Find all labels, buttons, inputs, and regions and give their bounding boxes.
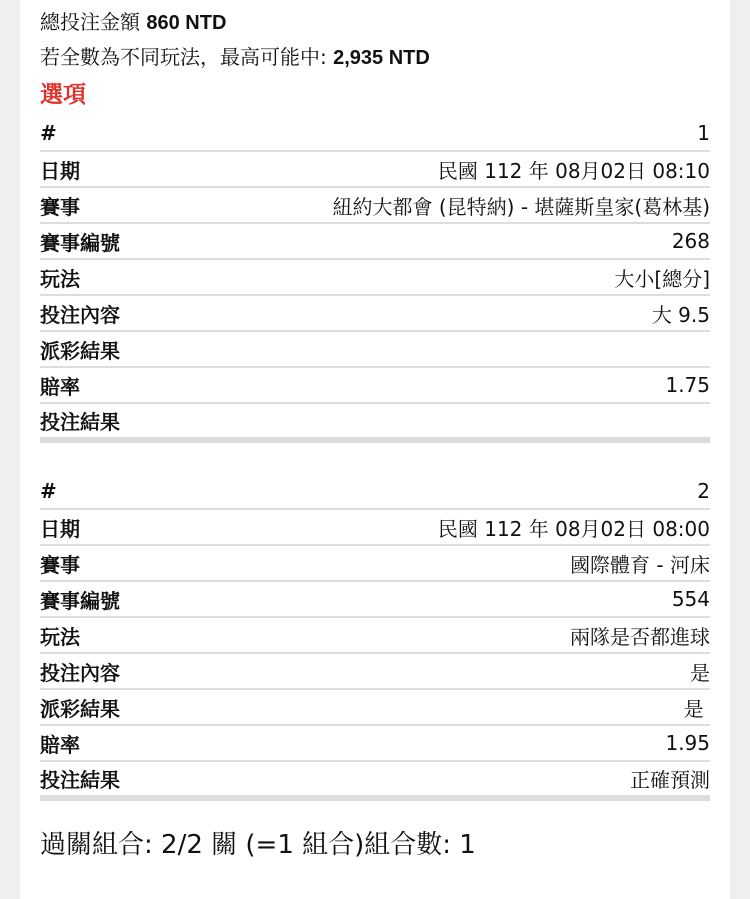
row-label: 投注內容 <box>40 299 120 328</box>
row-value: 大小[總分] <box>614 263 710 292</box>
row-label: 賽事編號 <box>40 227 120 256</box>
row-payout-result: 派彩結果 <box>40 332 710 368</box>
row-value: 民國 112 年 08月02日 08:00 <box>438 513 710 542</box>
row-label: 賠率 <box>40 729 80 758</box>
row-date: 日期 民國 112 年 08月02日 08:10 <box>40 152 710 188</box>
row-index: # 2 <box>40 474 710 510</box>
total-stake-label: 總投注金額 <box>40 10 140 34</box>
row-label: # <box>40 479 57 503</box>
row-label: 日期 <box>40 513 80 542</box>
row-value: 國際體育 - 河床 <box>570 549 710 578</box>
section-title-options: 選項 <box>40 78 710 112</box>
max-payout-label: 若全數為不同玩法，最高可能中: <box>40 45 327 69</box>
row-value: 是 <box>684 693 710 722</box>
row-label: 派彩結果 <box>40 693 120 722</box>
total-stake-line: 總投注金額 860 NTD <box>40 5 710 40</box>
row-label: 投注結果 <box>40 764 120 793</box>
row-label: 投注內容 <box>40 657 120 686</box>
parlay-combination-summary: 過關組合: 2/2 關 (=1 組合)組合數: 1 <box>40 824 710 861</box>
row-label: # <box>40 121 57 145</box>
row-value: 268 <box>672 229 710 253</box>
row-event: 賽事 紐約大都會 (昆特納) - 堪薩斯皇家(葛林基) <box>40 188 710 224</box>
row-selection: 投注內容 是 <box>40 654 710 690</box>
row-odds: 賠率 1.75 <box>40 368 710 404</box>
row-event-id: 賽事編號 554 <box>40 582 710 618</box>
row-label: 賠率 <box>40 371 80 400</box>
row-bet-result: 投注結果 正確預測 <box>40 762 710 801</box>
row-label: 賽事 <box>40 549 80 578</box>
row-payout-result: 派彩結果 是 <box>40 690 710 726</box>
row-value: 554 <box>672 587 710 611</box>
row-label: 玩法 <box>40 621 80 650</box>
row-value: 1.95 <box>665 731 710 755</box>
max-payout-line: 若全數為不同玩法，最高可能中: 2,935 NTD <box>40 40 710 75</box>
row-label: 賽事 <box>40 191 80 220</box>
row-value: 民國 112 年 08月02日 08:10 <box>438 155 710 184</box>
max-payout-value: 2,935 NTD <box>333 47 430 69</box>
bet-detail-card: 總投注金額 860 NTD 若全數為不同玩法，最高可能中: 2,935 NTD … <box>20 0 730 899</box>
row-bet-type: 玩法 大小[總分] <box>40 260 710 296</box>
row-label: 派彩結果 <box>40 335 120 364</box>
row-label: 賽事編號 <box>40 585 120 614</box>
row-value: 1.75 <box>665 373 710 397</box>
row-value: 2 <box>697 479 710 503</box>
row-event-id: 賽事編號 268 <box>40 224 710 260</box>
row-bet-type: 玩法 兩隊是否都進球 <box>40 618 710 654</box>
row-label: 日期 <box>40 155 80 184</box>
bet-detail-content: 總投注金額 860 NTD 若全數為不同玩法，最高可能中: 2,935 NTD … <box>40 0 710 861</box>
row-value: 紐約大都會 (昆特納) - 堪薩斯皇家(葛林基) <box>333 191 711 220</box>
total-stake-value: 860 NTD <box>146 12 226 34</box>
bet-block-1: # 1 日期 民國 112 年 08月02日 08:10 賽事 紐約大都會 (昆… <box>40 116 710 443</box>
row-event: 賽事 國際體育 - 河床 <box>40 546 710 582</box>
row-odds: 賠率 1.95 <box>40 726 710 762</box>
row-value: 1 <box>697 121 710 145</box>
row-label: 玩法 <box>40 263 80 292</box>
row-label: 投注結果 <box>40 406 120 435</box>
row-selection: 投注內容 大 9.5 <box>40 296 710 332</box>
row-value: 是 <box>690 657 710 686</box>
row-value: 正確預測 <box>630 764 710 793</box>
row-value: 兩隊是否都進球 <box>570 621 710 650</box>
row-bet-result: 投注結果 <box>40 404 710 443</box>
row-index: # 1 <box>40 116 710 152</box>
bet-block-2: # 2 日期 民國 112 年 08月02日 08:00 賽事 國際體育 - 河… <box>40 474 710 801</box>
row-date: 日期 民國 112 年 08月02日 08:00 <box>40 510 710 546</box>
row-value: 大 9.5 <box>652 299 710 328</box>
